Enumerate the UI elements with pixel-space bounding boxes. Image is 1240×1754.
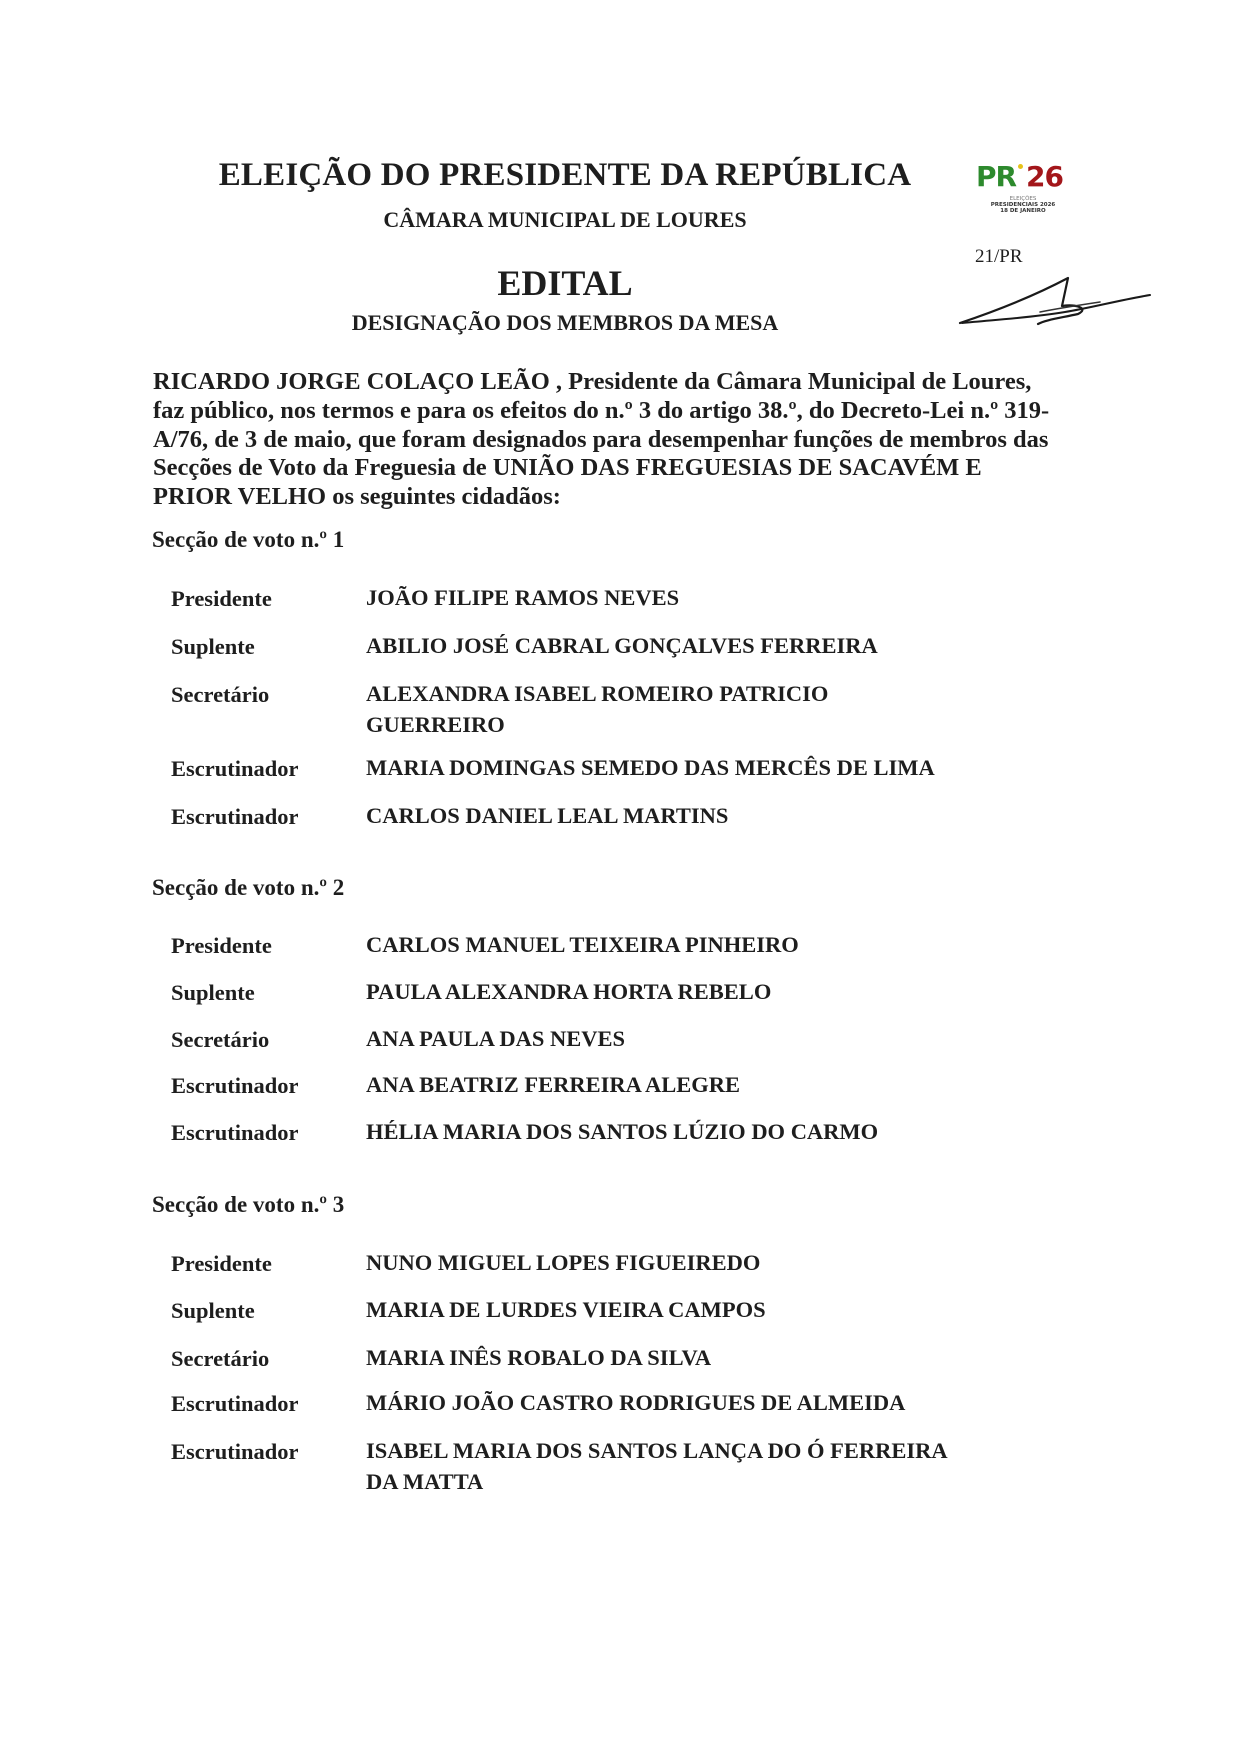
member-name-continued: GUERREIRO [366,709,505,740]
intro-line: A/76, de 3 de maio, que foram designados… [153,426,1083,455]
logo-line-3: 18 DE JANEIRO [968,208,1078,214]
member-name: ISABEL MARIA DOS SANTOS LANÇA DO Ó FERRE… [366,1435,948,1466]
pr26-logo: PR 26 ELEIÇÕES PRESIDENCIAIS 2026 18 DE … [968,160,1078,220]
member-role: Escrutinador [171,1073,299,1099]
member-role: Suplente [171,634,255,660]
member-name: JOÃO FILIPE RAMOS NEVES [366,582,679,613]
member-name: NUNO MIGUEL LOPES FIGUEIREDO [366,1247,760,1278]
member-role: Secretário [171,682,269,708]
logo-year-text: 26 [1026,160,1063,193]
reference-number: 21/PR [975,246,1023,268]
member-name: ALEXANDRA ISABEL ROMEIRO PATRICIO [366,678,828,709]
member-name: ANA PAULA DAS NEVES [366,1023,625,1054]
member-role: Suplente [171,980,255,1006]
member-role: Presidente [171,586,272,612]
section-title-3: Secção de voto n.º 3 [152,1192,344,1218]
intro-line: RICARDO JORGE COLAÇO LEÃO , Presidente d… [153,368,1083,397]
member-name: MARIA INÊS ROBALO DA SILVA [366,1342,711,1373]
member-name: MÁRIO JOÃO CASTRO RODRIGUES DE ALMEIDA [366,1387,905,1418]
intro-line: PRIOR VELHO os seguintes cidadãos: [153,483,1083,512]
intro-line: Secções de Voto da Freguesia de UNIÃO DA… [153,454,1083,483]
logo-dot-icon [1018,164,1023,169]
section-title-2: Secção de voto n.º 2 [152,875,344,901]
election-title: ELEIÇÃO DO PRESIDENTE DA REPÚBLICA [0,157,1130,194]
member-role: Escrutinador [171,756,299,782]
member-name: MARIA DE LURDES VIEIRA CAMPOS [366,1294,766,1325]
member-role: Escrutinador [171,1439,299,1465]
intro-line: faz público, nos termos e para os efeito… [153,397,1083,426]
member-name: MARIA DOMINGAS SEMEDO DAS MERCÊS DE LIMA [366,752,935,783]
section-title-1: Secção de voto n.º 1 [152,527,344,553]
member-role: Escrutinador [171,804,299,830]
member-name: CARLOS DANIEL LEAL MARTINS [366,800,728,831]
member-name: CARLOS MANUEL TEIXEIRA PINHEIRO [366,929,799,960]
member-role: Secretário [171,1346,269,1372]
member-role: Escrutinador [171,1120,299,1146]
signature-icon [950,268,1155,333]
member-name: ANA BEATRIZ FERREIRA ALEGRE [366,1069,740,1100]
member-role: Presidente [171,933,272,959]
municipality-name: CÂMARA MUNICIPAL DE LOURES [0,207,1130,233]
logo-pr-text: PR [976,160,1016,193]
member-name: ABILIO JOSÉ CABRAL GONÇALVES FERREIRA [366,630,878,661]
intro-paragraph: RICARDO JORGE COLAÇO LEÃO , Presidente d… [153,368,1083,512]
member-name-continued: DA MATTA [366,1466,483,1497]
member-role: Secretário [171,1027,269,1053]
member-role: Escrutinador [171,1391,299,1417]
member-name: HÉLIA MARIA DOS SANTOS LÚZIO DO CARMO [366,1116,878,1147]
member-name: PAULA ALEXANDRA HORTA REBELO [366,976,771,1007]
member-role: Presidente [171,1251,272,1277]
member-role: Suplente [171,1298,255,1324]
